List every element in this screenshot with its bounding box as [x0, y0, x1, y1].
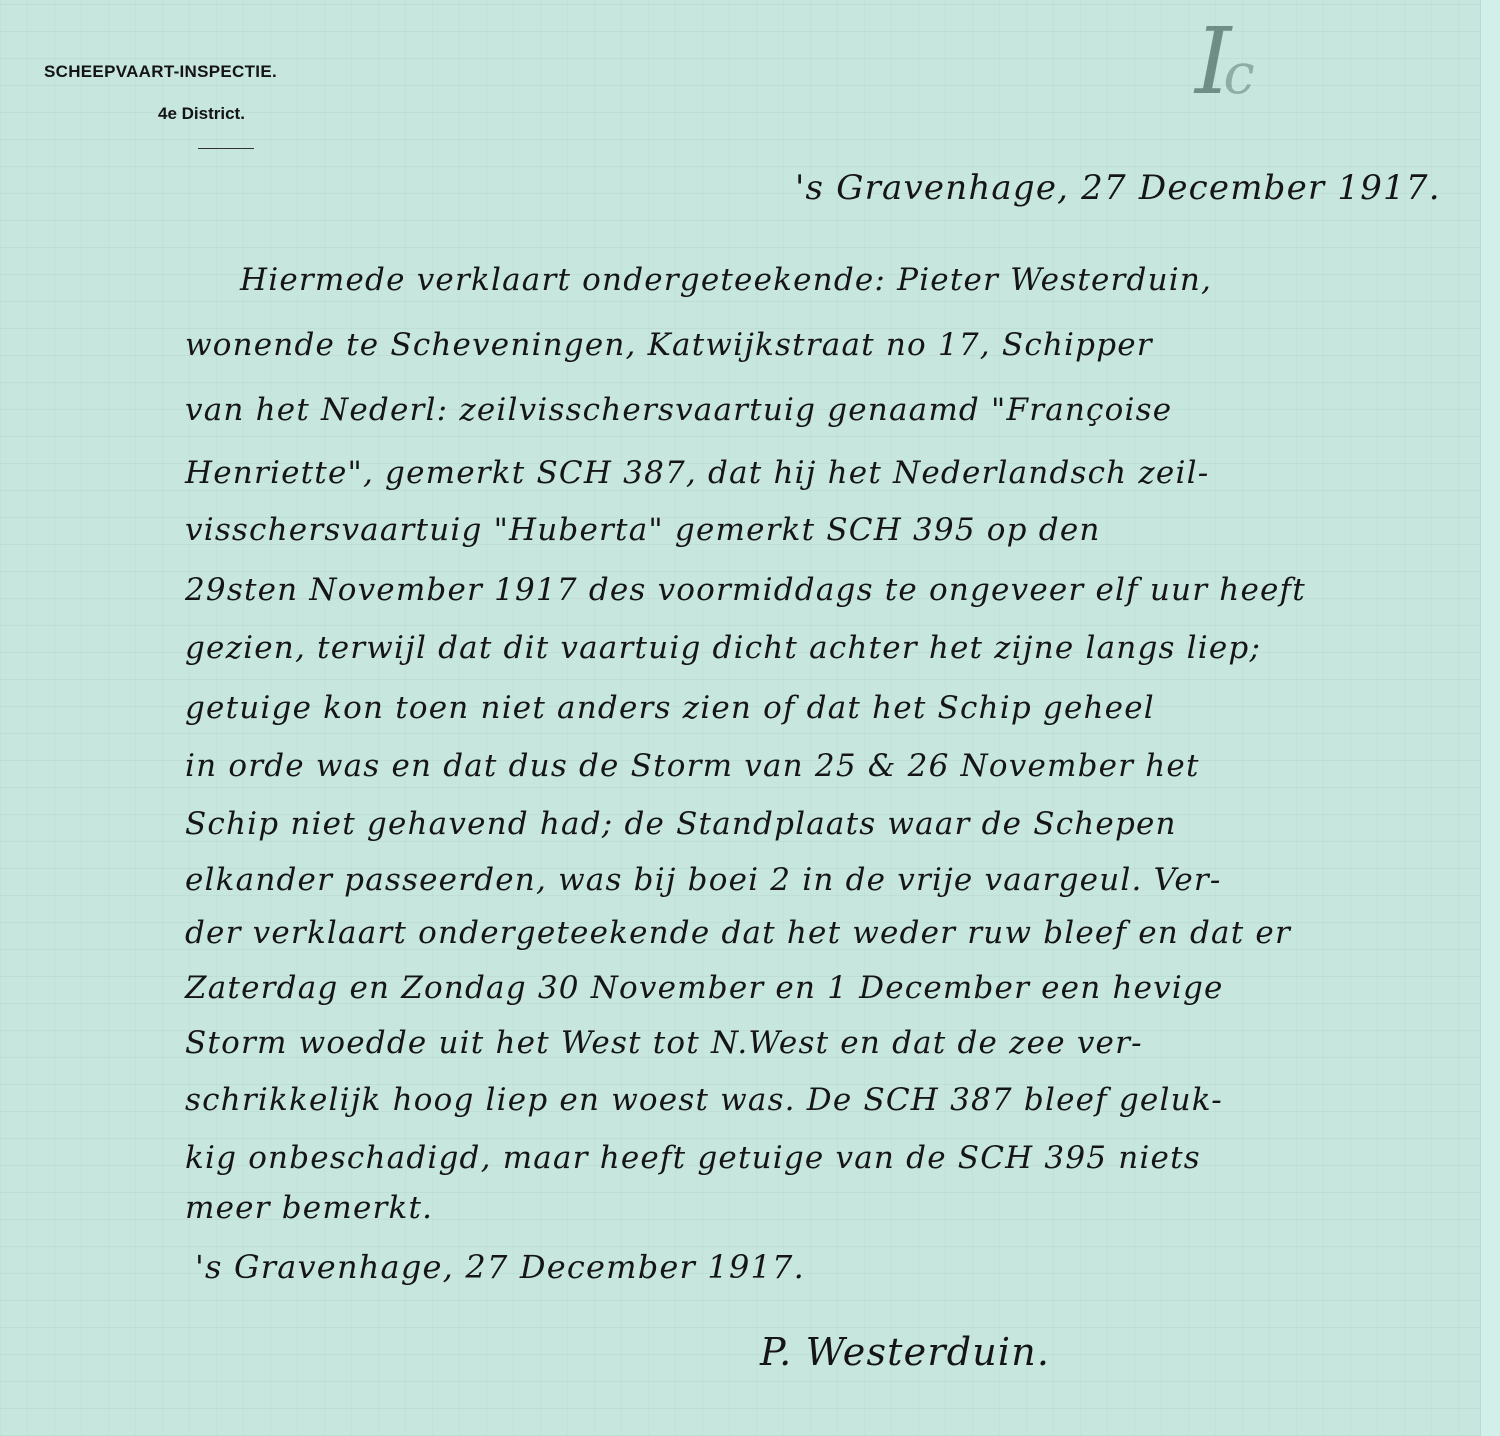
body-line: Schip niet gehavend had; de Standplaats …	[185, 806, 1177, 842]
body-line: wonende te Scheveningen, Katwijkstraat n…	[185, 327, 1153, 363]
body-line: meer bemerkt.	[185, 1190, 433, 1226]
paper-edge	[1480, 0, 1500, 1436]
letterhead-rule	[198, 148, 254, 149]
body-line: Zaterdag en Zondag 30 November en 1 Dece…	[185, 970, 1224, 1006]
body-line: in orde was en dat dus de Storm van 25 &…	[185, 748, 1200, 784]
archive-mark-suffix: c	[1223, 42, 1246, 107]
body-line: elkander passeerden, was bij boei 2 in d…	[185, 862, 1222, 898]
body-line: schrikkelijk hoog liep en woest was. De …	[185, 1082, 1223, 1118]
body-line: kig onbeschadigd, maar heeft getuige van…	[185, 1140, 1201, 1176]
body-line: 29sten November 1917 des voormiddags te …	[185, 572, 1306, 608]
body-line: Henriette", gemerkt SCH 387, dat hij het…	[185, 455, 1209, 491]
body-line: Hiermede verklaart ondergeteekende: Piet…	[240, 262, 1212, 298]
signature: P. Westerduin.	[760, 1330, 1050, 1374]
archive-mark-main: I	[1195, 8, 1223, 115]
body-line: getuige kon toen niet anders zien of dat…	[185, 690, 1155, 726]
body-line: van het Nederl: zeilvisschersvaartuig ge…	[185, 392, 1172, 428]
archive-mark: Ic	[1195, 8, 1247, 115]
letterhead-district: 4e District.	[158, 104, 245, 124]
body-line: Storm woedde uit het West tot N.West en …	[185, 1025, 1143, 1061]
date-place-bottom: 's Gravenhage, 27 December 1917.	[195, 1248, 805, 1286]
body-line: gezien, terwijl dat dit vaartuig dicht a…	[185, 630, 1261, 666]
body-line: visschersvaartuig "Huberta" gemerkt SCH …	[185, 512, 1101, 548]
body-line: der verklaart ondergeteekende dat het we…	[185, 915, 1291, 951]
letterhead-organization: SCHEEPVAART-INSPECTIE.	[44, 62, 277, 82]
date-place-top: 's Gravenhage, 27 December 1917.	[795, 168, 1441, 208]
